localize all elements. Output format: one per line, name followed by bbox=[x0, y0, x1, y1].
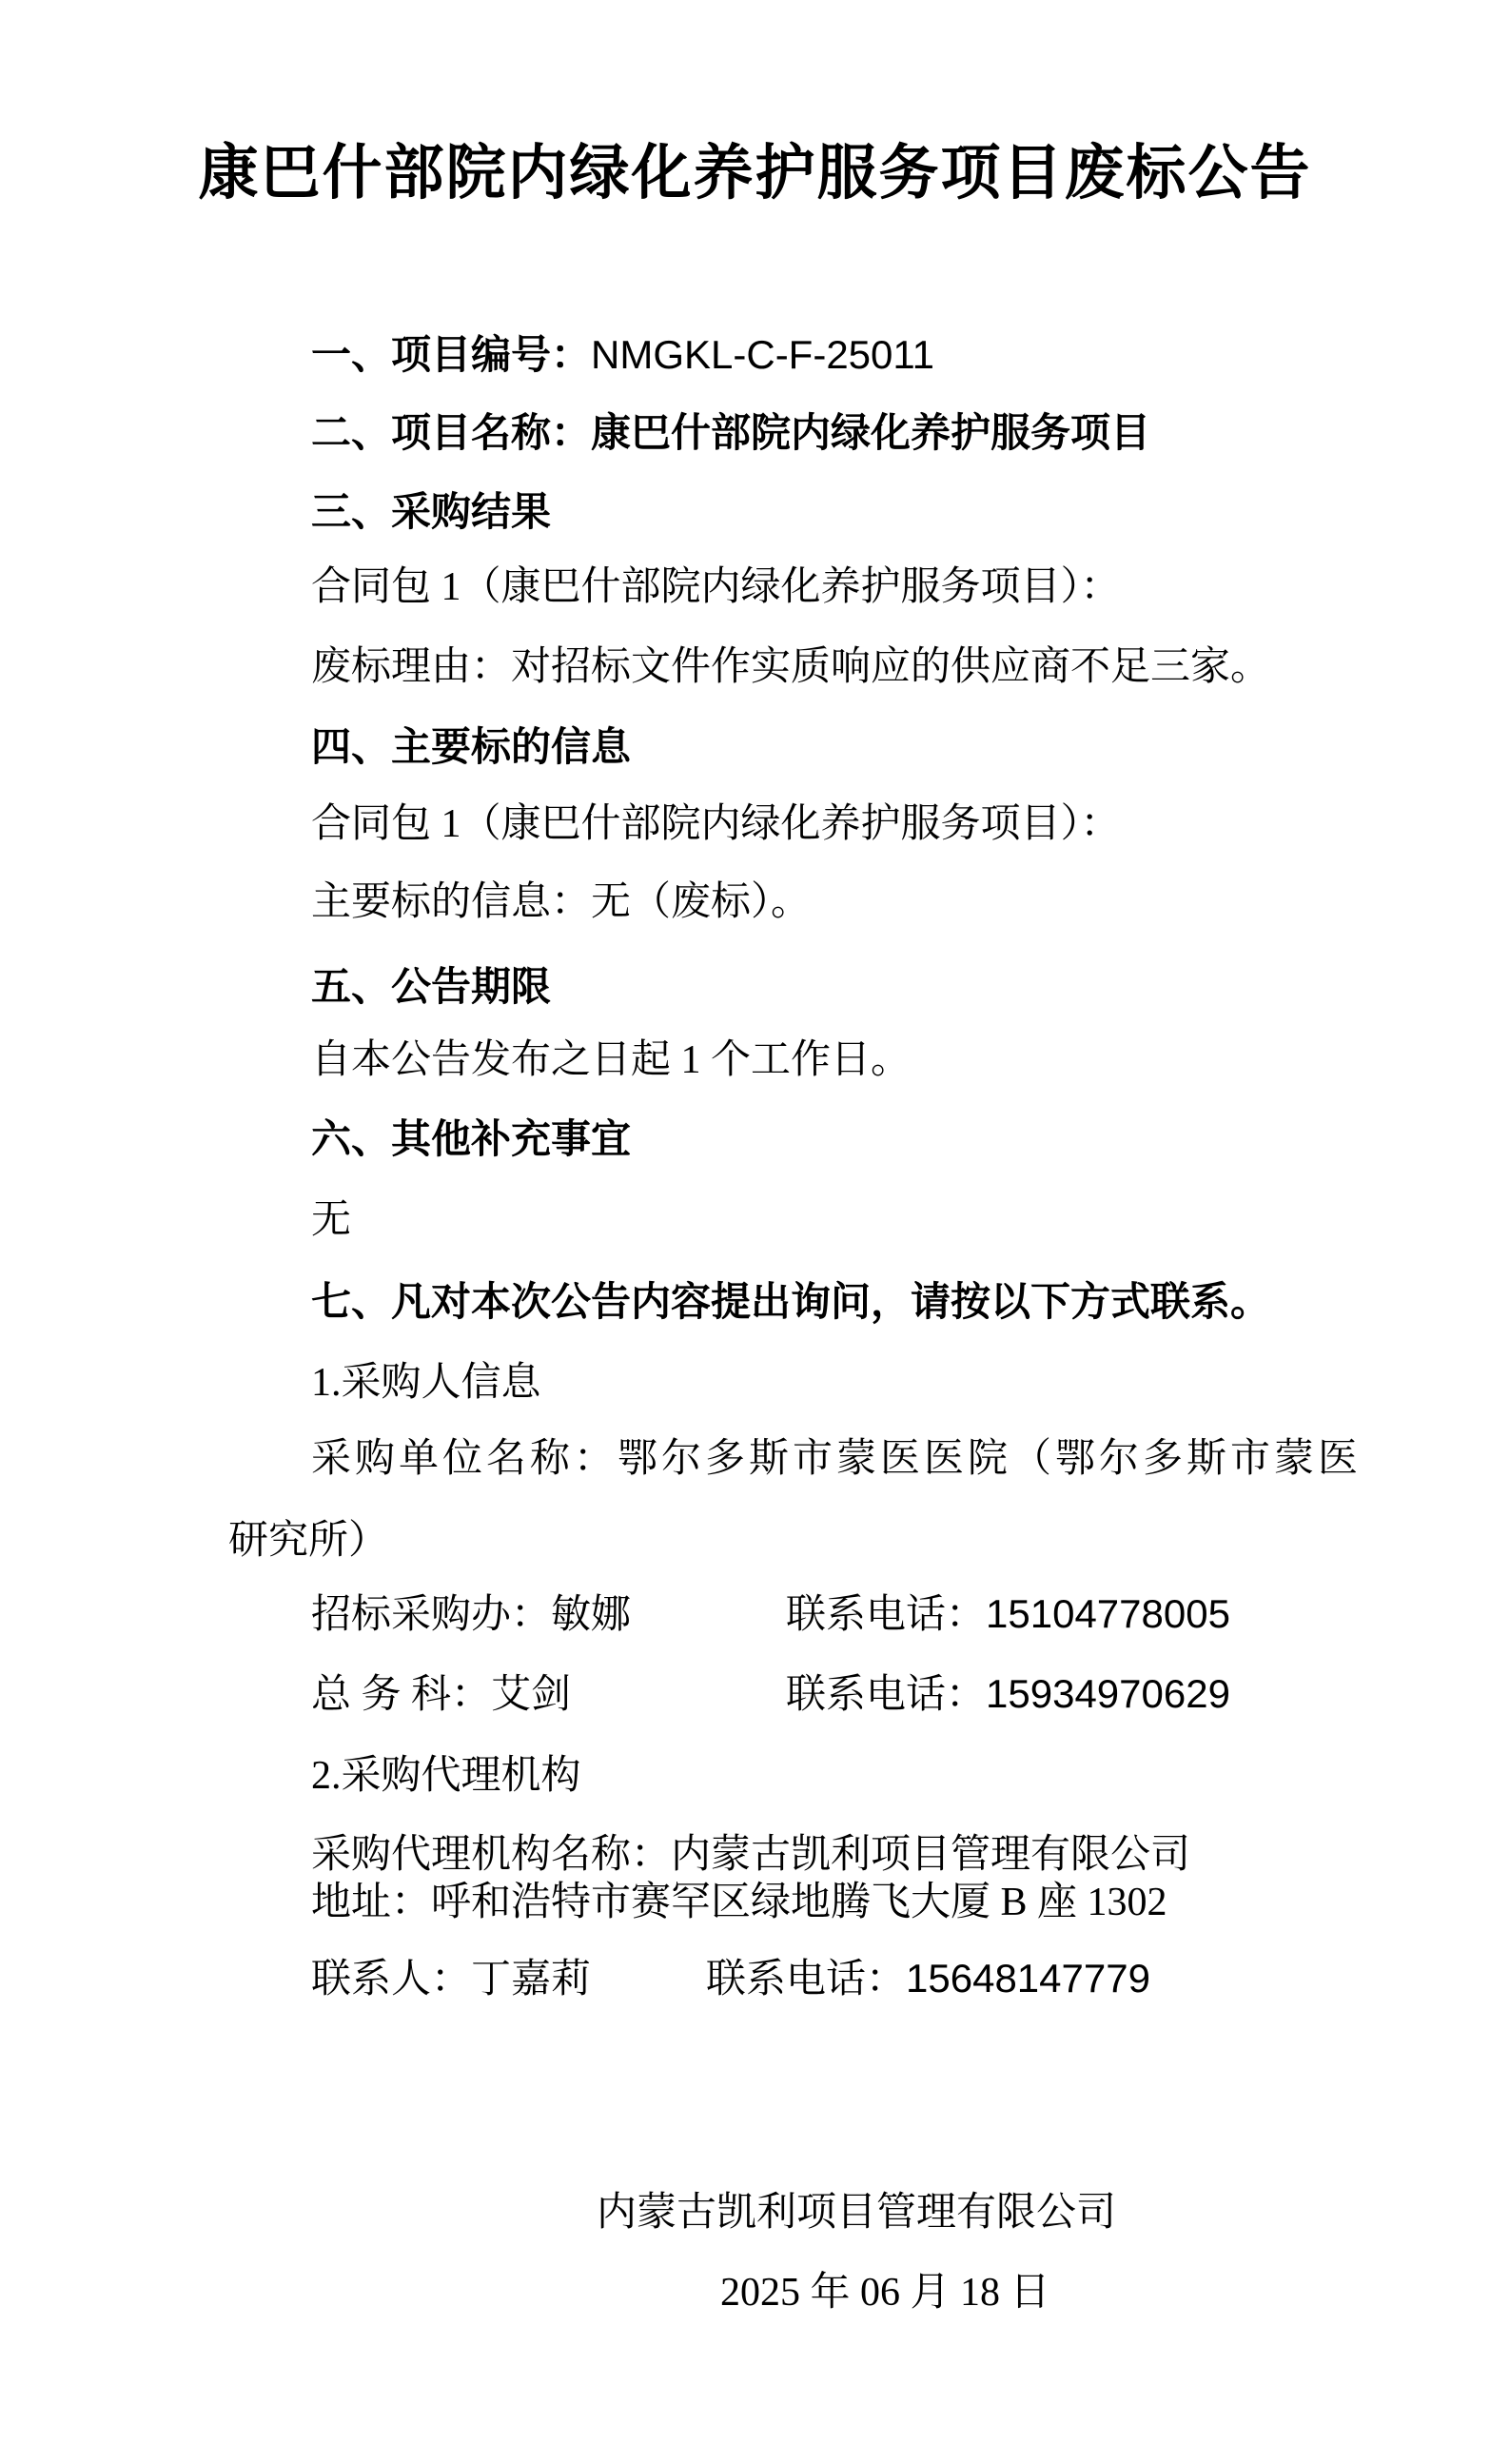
phone-label: 联系电话： bbox=[786, 1593, 986, 1637]
purchaser-info-heading: 1.采购人信息 bbox=[311, 1359, 541, 1407]
footer-date: 2025 年 06 月 18 日 bbox=[720, 2269, 1050, 2316]
period-text: 自本公告发布之日起 1 个工作日。 bbox=[311, 1036, 911, 1084]
project-number-value: NMGKL-C-F-25011 bbox=[591, 332, 934, 377]
other-text: 无 bbox=[311, 1196, 351, 1244]
section-result-heading: 三、采购结果 bbox=[311, 488, 551, 536]
phone-label: 联系电话： bbox=[706, 1958, 906, 2001]
subject-info: 主要标的信息：无（废标）。 bbox=[311, 878, 811, 926]
result-contract-package: 合同包 1（康巴什部院内绿化养护服务项目）： bbox=[311, 563, 1121, 611]
section-project-number: 一、项目编号：NMGKL-C-F-25011 bbox=[311, 331, 934, 379]
section-other-heading: 六、其他补充事宜 bbox=[311, 1115, 631, 1163]
general-affairs-phone: 15934970629 bbox=[986, 1671, 1230, 1716]
page-title: 康巴什部院内绿化养护服务项目废标公告 bbox=[0, 139, 1510, 207]
footer-company: 内蒙古凯利项目管理有限公司 bbox=[597, 2189, 1116, 2237]
agency-contact-person: 联系人：丁嘉莉 bbox=[311, 1956, 706, 2003]
contact-row-agency: 联系人：丁嘉莉联系电话：15648147779 bbox=[311, 1955, 1150, 2003]
general-affairs-contact: 总 务 科：艾剑 bbox=[311, 1671, 786, 1719]
agency-phone: 15648147779 bbox=[906, 1956, 1150, 2001]
section-contact-heading: 七、凡对本次公告内容提出询问，请按以下方式联系。 bbox=[311, 1278, 1270, 1326]
agency-address: 地址：呼和浩特市赛罕区绿地腾飞大厦 B 座 1302 bbox=[311, 1879, 1167, 1926]
subject-contract-package: 合同包 1（康巴什部院内绿化养护服务项目）： bbox=[311, 800, 1121, 848]
agency-name: 采购代理机构名称：内蒙古凯利项目管理有限公司 bbox=[311, 1831, 1190, 1879]
section-period-heading: 五、公告期限 bbox=[311, 963, 551, 1011]
phone-label: 联系电话： bbox=[786, 1673, 986, 1717]
project-number-label: 一、项目编号： bbox=[311, 332, 591, 377]
purchaser-name-line1: 采购单位名称：鄂尔多斯市蒙医医院（鄂尔多斯市蒙医 bbox=[311, 1435, 1362, 1483]
contact-row-general-affairs: 总 务 科：艾剑联系电话：15934970629 bbox=[311, 1670, 1230, 1719]
section-project-name: 二、项目名称：康巴什部院内绿化养护服务项目 bbox=[311, 409, 1150, 457]
purchaser-name-line2: 研究所） bbox=[228, 1517, 388, 1565]
contact-row-bidding-office: 招标采购办：敏娜联系电话：15104778005 bbox=[311, 1590, 1230, 1639]
agency-info-heading: 2.采购代理机构 bbox=[311, 1752, 581, 1800]
bidding-office-contact: 招标采购办：敏娜 bbox=[311, 1591, 786, 1639]
result-rejection-reason: 废标理由：对招标文件作实质响应的供应商不足三家。 bbox=[311, 643, 1270, 691]
document-page: 康巴什部院内绿化养护服务项目废标公告 一、项目编号：NMGKL-C-F-2501… bbox=[0, 0, 1510, 2464]
section-subject-heading: 四、主要标的信息 bbox=[311, 723, 631, 771]
bidding-office-phone: 15104778005 bbox=[986, 1591, 1230, 1636]
